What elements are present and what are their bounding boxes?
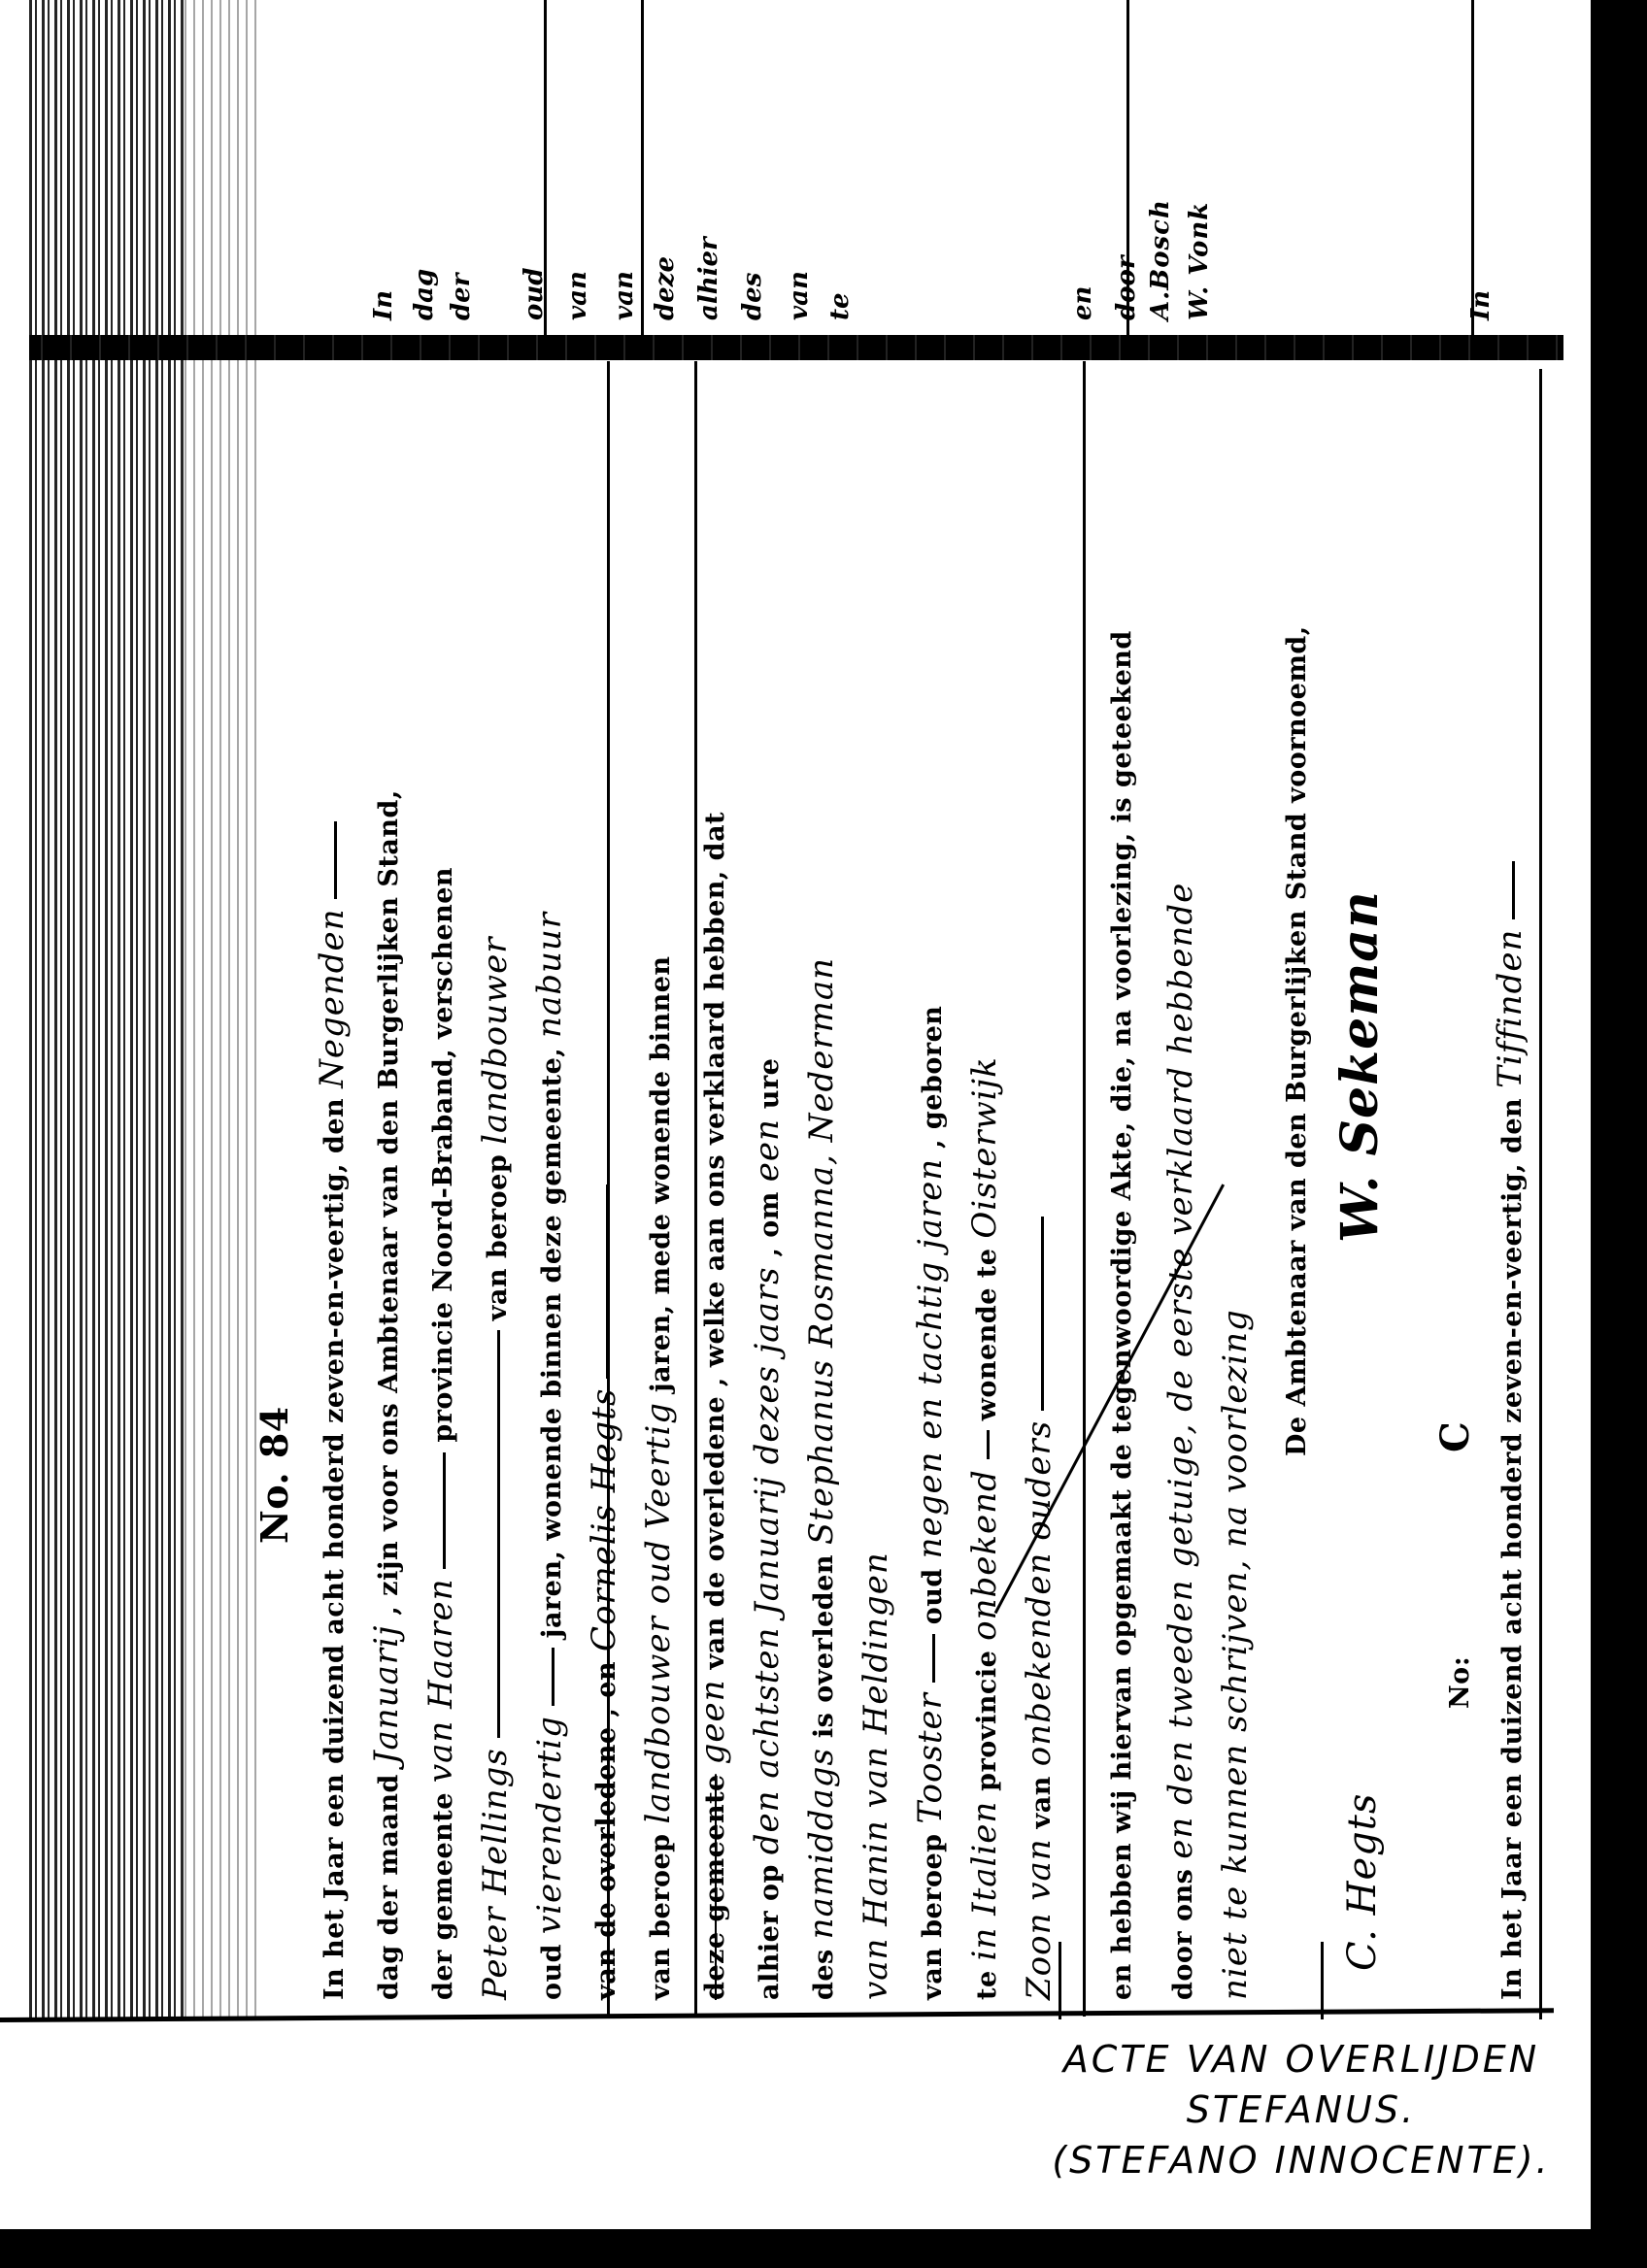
fragment-word: dag [410, 269, 439, 320]
closing-line-2: door ons en den tweeden getuige, de eers… [1161, 883, 1200, 2000]
fill-line [497, 1330, 500, 1738]
fill-line [932, 1634, 935, 1683]
next-entry-number: No: C [1432, 1421, 1478, 1709]
fill-line [1041, 1217, 1044, 1411]
printed-text: , en [591, 1661, 622, 1718]
fragment-word: van [563, 271, 592, 320]
handwritten-witness1-age: vierendertig [530, 1716, 569, 1934]
handwritten-witness2-name: Cornelis Hegts [585, 1388, 623, 1651]
handwritten-death-date: den achtsten Januarij dezes jaars [748, 1266, 787, 1854]
fill-line [334, 821, 337, 899]
signatory-label: De Ambtenaar van den Burgerlijken Stand … [1282, 625, 1312, 1456]
printed-text: jaren, mede wonende binnen [646, 955, 676, 1392]
handwritten-month: Januarij [367, 1625, 406, 1765]
form-line-10: des namiddags is overleden Stephanus Ros… [802, 957, 841, 2000]
fragment-word: van [785, 271, 814, 320]
number-label: No: [1445, 1656, 1475, 1709]
handwritten-day: Tiffinden [1491, 929, 1529, 1088]
handwritten-parentage: Zoon van [1020, 1838, 1059, 2000]
printed-text: , geboren [918, 1006, 948, 1149]
printed-text: provincie [972, 1651, 1002, 1791]
handwritten-municipality: van Haaren [421, 1578, 460, 1783]
printed-text: ure [755, 1058, 785, 1110]
number-value: C [1432, 1421, 1478, 1452]
handwritten-witness2-occupation: landbouwer oud [639, 1539, 678, 1823]
printed-text: van de overledene [700, 1396, 730, 1670]
printed-text: door ons [1168, 1869, 1198, 2000]
handwritten-day: Negenden [313, 908, 352, 1087]
form-line-3: der gemeente van Haaren provincie Noord-… [421, 867, 460, 2000]
form-line-6: van de overledene , en Cornelis Hegts [585, 1184, 623, 2000]
form-line-1: In het Jaar een duizend acht honderd zev… [313, 821, 352, 2000]
witness-signature: C. Hegts [1340, 1793, 1385, 1971]
handwritten-parents: onbekenden ouders [1020, 1420, 1059, 1766]
fragment-word: van [610, 271, 639, 320]
printed-text: der gemeente [428, 1792, 458, 2000]
printed-text: en hebben wij hiervan opgemaakt de tegen… [1107, 630, 1137, 2000]
form-line-12: van beroep Tooster oud negen en tachtig … [911, 1006, 950, 2000]
printed-text: van [1026, 1776, 1057, 1828]
printed-text: des [809, 1949, 839, 2000]
handwritten-hour: een [748, 1118, 787, 1182]
handwritten-birthplace: in Italien [965, 1801, 1004, 1961]
form-line-5: oud vierendertig jaren, wonende binnen d… [530, 912, 569, 2000]
fragment-word: deze [651, 256, 680, 320]
form-line-7: van beroep landbouwer oud Veertig jaren,… [639, 955, 678, 2000]
handwritten-relation2: geen [693, 1679, 732, 1764]
handwritten-caption: ACTE VAN OVERLIJDEN STEFANUS. (STEFANO I… [1020, 2034, 1583, 2185]
printed-text: oud [918, 1568, 948, 1624]
fragment-word: des [738, 273, 767, 320]
fill-line [987, 1430, 990, 1459]
printed-text: , welke aan ons verklaard hebben, dat [700, 812, 730, 1386]
handwritten-residence: Oisterwijk [965, 1056, 1004, 1238]
next-entry-line-1: In het Jaar een duizend acht honderd zev… [1491, 861, 1529, 2000]
handwritten-relation: nabuur [530, 912, 569, 1038]
form-line-4: Peter Hellings van beroep landbouwer [476, 936, 515, 2000]
caption-line-name: STEFANUS. [1020, 2085, 1583, 2135]
handwritten-province: onbekend [965, 1469, 1004, 1641]
fragment-word: In [1466, 290, 1496, 320]
fragment-word: alhier [694, 237, 723, 320]
opposite-signature: W. Vonk [1185, 202, 1214, 320]
printed-text: dag der maand [374, 1774, 404, 2000]
closing-line-1: en hebben wij hiervan opgemaakt de tegen… [1107, 630, 1137, 2000]
form-line-13: te in Italien provincie onbekend wonende… [965, 1056, 1004, 2000]
fill-line [1512, 861, 1515, 919]
printed-text: van beroep [483, 1154, 513, 1321]
fill-line [443, 1452, 446, 1569]
form-line-14: Zoon van van onbekenden ouders [1020, 1217, 1059, 2000]
caption-line-alias: (STEFANO INNOCENTE). [1020, 2135, 1583, 2185]
fragment-word: te [825, 292, 855, 320]
caption-line-title: ACTE VAN OVERLIJDEN [1020, 2034, 1583, 2085]
fill-line [606, 1184, 609, 1379]
handwritten-witness1-occupation: landbouwer [476, 936, 515, 1144]
printed-text: jaren, wonende binnen deze gemeente, [537, 1048, 567, 1638]
handwritten-deceased-occupation: Tooster [911, 1692, 950, 1823]
printed-text: , zijn voor ons Ambtenaar van den Burger… [374, 789, 404, 1615]
form-line-8: deze gemeente geen van de overledene , w… [693, 812, 732, 2000]
printed-text: is overleden [809, 1554, 839, 1738]
fragment-word: en [1068, 286, 1097, 320]
official-signature: W. Sekeman [1330, 890, 1390, 1243]
form-line-2: dag der maand Januarij , zijn voor ons A… [367, 789, 406, 2000]
handwritten-witness2-age: Veertig [639, 1402, 678, 1529]
handwritten-witness1-name: Peter Hellings [476, 1748, 515, 2000]
fragment-word: der [447, 274, 476, 320]
death-certificate-form: No. 84 In het Jaar een duizend acht hond… [252, 369, 1563, 2000]
record-number: No. 84 [252, 1406, 296, 1544]
printed-text: van beroep [918, 1833, 948, 2000]
handwritten-closing: en den tweeden getuige, de eerste verkla… [1161, 883, 1200, 1859]
opposite-signature: A.Bosch [1146, 199, 1175, 320]
printed-text: oud [537, 1944, 567, 2000]
form-line-11: van Hanin van Heldingen [857, 1551, 895, 2000]
scan-border-bottom [0, 2229, 1647, 2268]
printed-text: In het Jaar een duizend acht honderd zev… [1497, 1098, 1528, 2000]
handwritten-closing: niet te kunnen schrijven, na voorlezing [1216, 1309, 1255, 2000]
scan-noise-fade [185, 0, 262, 2019]
printed-text: van de overledene [591, 1726, 622, 2000]
opposite-page-fragment: In dag der oud van van deze alhier des v… [369, 0, 1583, 320]
handwritten-deceased-detail: van Hanin van Heldingen [857, 1551, 895, 2000]
page-fold-band [29, 335, 1563, 360]
printed-text: In het Jaar een duizend acht honderd zev… [319, 1098, 350, 2000]
printed-text: wonende te [972, 1249, 1002, 1421]
printed-text: van beroep [646, 1833, 676, 2000]
handwritten-deceased-age: negen en tachtig jaren [911, 1158, 950, 1559]
printed-text: provincie Noord-Braband, verschenen [428, 867, 458, 1443]
handwritten-deceased-name: Stephanus Rosmanna, Nederman [802, 957, 841, 1545]
form-line-9: alhier op den achtsten Januarij dezes ja… [748, 1058, 787, 2000]
fragment-word: In [369, 290, 398, 320]
scan-border-right [1591, 0, 1647, 2268]
closing-line-3: niet te kunnen schrijven, na voorlezing [1216, 1309, 1255, 2000]
scan-noise-left-edge [29, 0, 185, 2019]
printed-text: , om [755, 1191, 785, 1256]
printed-text: te [972, 1970, 1002, 2000]
fragment-word: door [1112, 255, 1141, 320]
fragment-word: oud [520, 268, 549, 320]
handwritten-time-of-day: namiddags [802, 1748, 841, 1939]
printed-text: alhier op [755, 1864, 785, 2000]
fill-line [552, 1648, 555, 1706]
printed-text-struck: deze gemeente [700, 1774, 730, 2000]
